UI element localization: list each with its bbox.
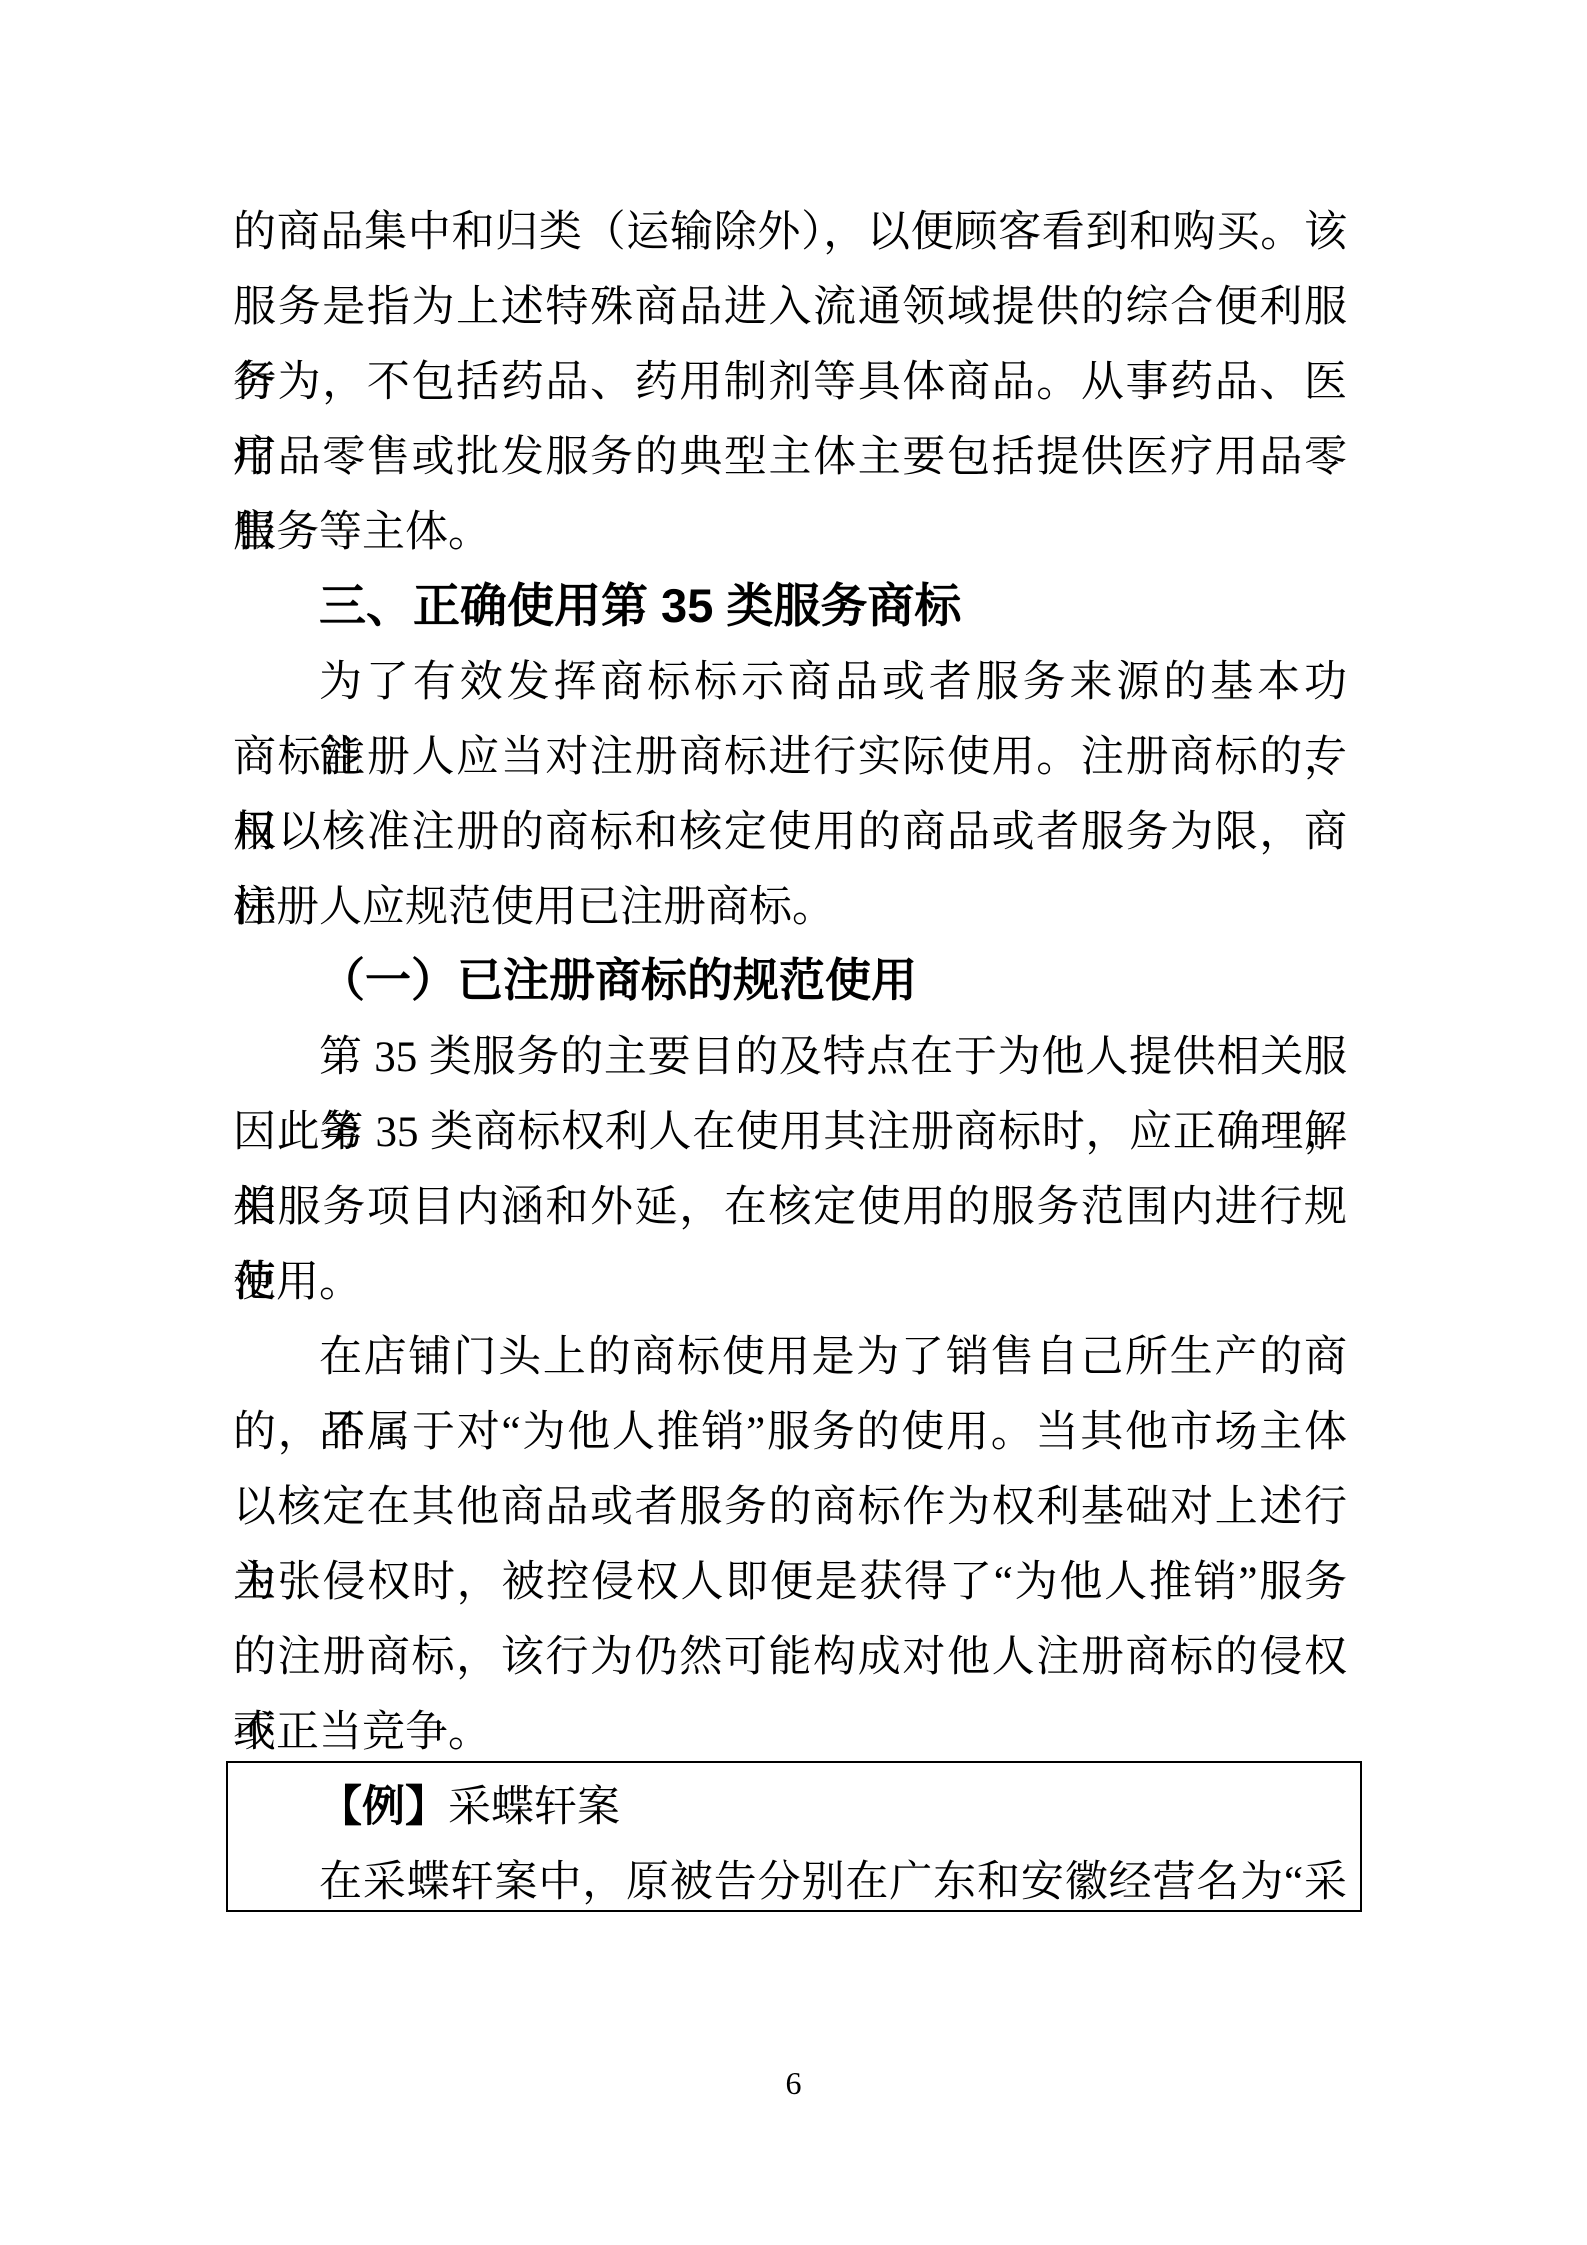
body-line: 为了有效发挥商标标示商品或者服务来源的基本功能， bbox=[233, 645, 1347, 720]
body-line: 用品零售或批发服务的典型主体主要包括提供医疗用品零售 bbox=[233, 420, 1347, 495]
body-line: 服务等主体。 bbox=[233, 495, 1347, 570]
body-line: 行为，不包括药品、药用制剂等具体商品。从事药品、医疗 bbox=[233, 345, 1347, 420]
body-line: 以核定在其他商品或者服务的商标作为权利基础对上述行为 bbox=[233, 1470, 1347, 1545]
example-label: 【例】 bbox=[319, 1784, 448, 1831]
body-line: 关服务项目内涵和外延，在核定使用的服务范围内进行规范 bbox=[233, 1170, 1347, 1245]
document-page: 的商品集中和归类（运输除外），以便顾客看到和购买。该 服务是指为上述特殊商品进入… bbox=[0, 0, 1587, 2245]
body-line: 第 35 类服务的主要目的及特点在于为他人提供相关服务， bbox=[233, 1020, 1347, 1095]
body-line: 的注册商标，该行为仍然可能构成对他人注册商标的侵权或 bbox=[233, 1620, 1347, 1695]
body-line: 不正当竞争。 bbox=[233, 1695, 1347, 1770]
section-heading: 三、正确使用第 35 类服务商标 bbox=[233, 568, 1347, 643]
body-line: 权以核准注册的商标和核定使用的商品或者服务为限，商标 bbox=[233, 795, 1347, 870]
body-line: 使用。 bbox=[233, 1245, 1347, 1320]
body-line: 商标注册人应当对注册商标进行实际使用。注册商标的专用 bbox=[233, 720, 1347, 795]
example-title: 采蝶轩案 bbox=[448, 1784, 620, 1831]
body-line: 服务是指为上述特殊商品进入流通领域提供的综合便利服务 bbox=[233, 270, 1347, 345]
body-line: 的，不属于对“为他人推销”服务的使用。当其他市场主体 bbox=[233, 1395, 1347, 1470]
example-title-line: 【例】采蝶轩案 bbox=[233, 1770, 1347, 1845]
subsection-heading: （一）已注册商标的规范使用 bbox=[233, 943, 1347, 1018]
body-line: 注册人应规范使用已注册商标。 bbox=[233, 870, 1347, 945]
body-line: 因此第 35 类商标权利人在使用其注册商标时，应正确理解相 bbox=[233, 1095, 1347, 1170]
example-body-line: 在采蝶轩案中，原被告分别在广东和安徽经营名为“采 bbox=[233, 1845, 1347, 1920]
body-line: 的商品集中和归类（运输除外），以便顾客看到和购买。该 bbox=[233, 195, 1347, 270]
body-line: 主张侵权时，被控侵权人即便是获得了“为他人推销”服务 bbox=[233, 1545, 1347, 1620]
page-number: 6 bbox=[0, 2058, 1587, 2108]
body-line: 在店铺门头上的商标使用是为了销售自己所生产的商品 bbox=[233, 1320, 1347, 1395]
